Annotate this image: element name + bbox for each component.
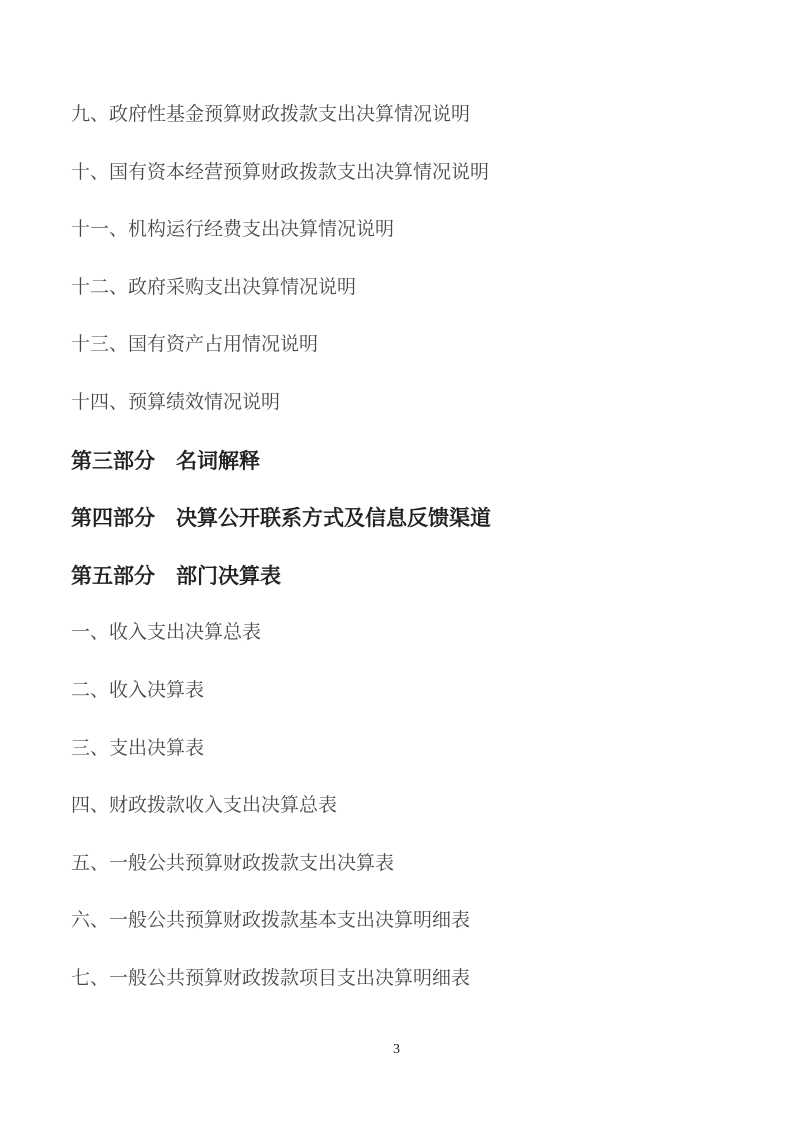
toc-item: 十四、预算绩效情况说明	[71, 391, 753, 449]
toc-item: 十、国有资本经营预算财政拨款支出决算情况说明	[71, 161, 753, 219]
toc-item: 六、一般公共预算财政拨款基本支出决算明细表	[71, 909, 753, 967]
toc-section-heading: 第四部分 决算公开联系方式及信息反馈渠道	[71, 506, 753, 564]
document-page: 九、政府性基金预算财政拨款支出决算情况说明 十、国有资本经营预算财政拨款支出决算…	[0, 0, 793, 1122]
toc-item: 四、财政拨款收入支出决算总表	[71, 794, 753, 852]
toc-item: 三、支出决算表	[71, 737, 753, 795]
toc-section-heading: 第五部分 部门决算表	[71, 564, 753, 622]
toc-item: 十一、机构运行经费支出决算情况说明	[71, 218, 753, 276]
page-number: 3	[0, 1042, 793, 1058]
toc-section-heading: 第三部分 名词解释	[71, 449, 753, 507]
toc-item: 五、一般公共预算财政拨款支出决算表	[71, 852, 753, 910]
toc-item: 九、政府性基金预算财政拨款支出决算情况说明	[71, 103, 753, 161]
toc-item: 十三、国有资产占用情况说明	[71, 333, 753, 391]
toc-content: 九、政府性基金预算财政拨款支出决算情况说明 十、国有资本经营预算财政拨款支出决算…	[71, 103, 753, 1025]
toc-item: 十二、政府采购支出决算情况说明	[71, 276, 753, 334]
toc-item: 二、收入决算表	[71, 679, 753, 737]
toc-item: 一、收入支出决算总表	[71, 621, 753, 679]
toc-item: 七、一般公共预算财政拨款项目支出决算明细表	[71, 967, 753, 1025]
